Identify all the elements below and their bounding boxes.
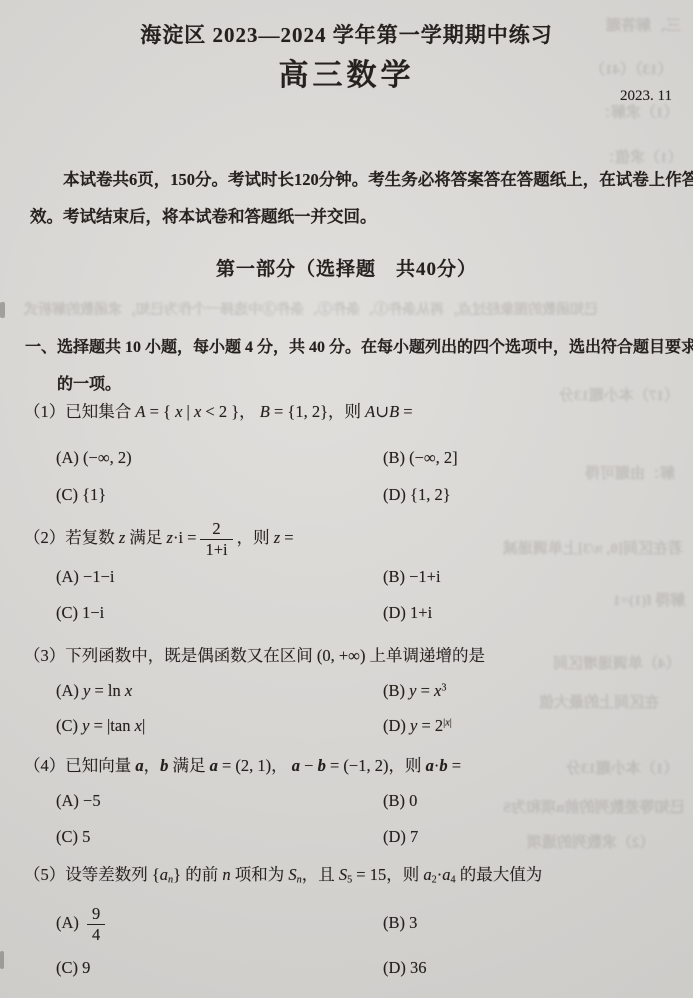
question-4-option-b: (B) 0 <box>383 790 417 812</box>
exam-notice-line-1: 本试卷共6页，150分。考试时长120分钟。考生务必将答案答在答题纸上，在试卷上… <box>30 169 693 191</box>
text-segment: | <box>450 717 452 728</box>
text-segment: b <box>439 756 447 775</box>
text-segment: ∪ <box>375 402 389 421</box>
bleedthrough-text: 解得 f(1)=1 <box>613 589 685 610</box>
question-1-option-c: (C) {1} <box>56 484 106 506</box>
text-segment: a <box>292 756 300 775</box>
text-segment: 满足 <box>125 528 166 547</box>
question-5-option-c: (C) 9 <box>56 957 90 979</box>
text-segment: (C) <box>56 716 82 735</box>
text-segment: (A) −1−i <box>56 567 114 586</box>
exam-title: 海淀区 2023—2024 学年第一学期期中练习 <box>0 21 693 49</box>
text-segment: （1）已知集合 <box>24 402 135 421</box>
multiple-choice-instructions-line-1: 一、选择题共 10 小题，每小题 4 分，共 40 分。在每小题列出的四个选项中… <box>25 337 693 359</box>
question-1-stem: （1）已知集合 A = { x | x < 2 }， B = {1, 2}，则 … <box>24 401 413 423</box>
bleedthrough-text: 在区间上的最大值 <box>539 691 659 712</box>
text-segment: (B) (−∞, 2] <box>383 448 458 467</box>
text-segment: (A) −5 <box>56 791 101 810</box>
question-3-option-c: (C) y = |tan x| <box>56 715 145 737</box>
question-4-stem: （4）已知向量 a，b 满足 a = (2, 1)， a − b = (−1, … <box>24 755 461 777</box>
text-segment: （3）下列函数中，既是偶函数又在区间 (0, +∞) 上单调递增的是 <box>24 646 485 665</box>
text-segment: − <box>300 756 318 775</box>
question-5-stem: （5）设等差数列 {an} 的前 n 项和为 Sn，且 S5 = 15，则 a2… <box>24 864 542 887</box>
question-2-stem: （2）若复数 z 满足 z·i =21+i，则 z = <box>24 510 294 566</box>
text-segment: ·i = <box>173 528 197 547</box>
text-segment: (C) 9 <box>56 958 90 977</box>
question-3-option-b: (B) y = x3 <box>383 680 446 702</box>
text-segment: S <box>288 865 296 884</box>
subject-title: 高三数学 <box>0 56 693 97</box>
text-segment: x <box>125 681 132 700</box>
fraction: 94 <box>87 905 105 944</box>
text-segment: (A) <box>56 913 83 932</box>
text-segment: = { <box>145 402 175 421</box>
question-1-option-a: (A) (−∞, 2) <box>56 447 132 469</box>
text-segment: x <box>135 716 142 735</box>
fraction-numerator: 2 <box>200 520 232 540</box>
scan-smudge <box>0 302 5 318</box>
question-1-option-d: (D) {1, 2} <box>383 484 451 506</box>
text-segment: B <box>389 402 399 421</box>
text-segment: (D) {1, 2} <box>383 485 451 504</box>
bleedthrough-text: 若在区间[0, π/3]上单调递减 <box>503 537 683 558</box>
text-segment: (C) {1} <box>56 485 106 504</box>
fraction-numerator: 9 <box>87 905 105 925</box>
text-segment: B <box>260 402 270 421</box>
text-segment: (A) <box>56 681 83 700</box>
text-segment: (B) −1+i <box>383 567 441 586</box>
text-segment: (B) 3 <box>383 913 417 932</box>
text-segment: （2）若复数 <box>24 528 119 547</box>
bleedthrough-text: （1）本小题13分 <box>566 757 679 778</box>
text-segment: ，且 <box>302 865 339 884</box>
text-segment: a <box>160 865 168 884</box>
text-segment: (D) 7 <box>383 827 418 846</box>
text-segment: (D) <box>383 716 410 735</box>
text-segment: a <box>135 756 143 775</box>
question-5-option-d: (D) 36 <box>383 957 427 979</box>
text-segment: b <box>318 756 326 775</box>
text-segment: (A) (−∞, 2) <box>56 448 132 467</box>
text-segment: （5）设等差数列 { <box>24 865 160 884</box>
question-2-option-b: (B) −1+i <box>383 566 441 588</box>
fraction: 21+i <box>200 520 232 559</box>
fraction-denominator: 1+i <box>200 540 232 559</box>
text-segment: (D) 1+i <box>383 603 432 622</box>
text-segment: } 的前 <box>173 865 222 884</box>
bleedthrough-text: （1）求值： <box>600 146 683 167</box>
text-segment: | <box>182 402 194 421</box>
text-segment: A <box>365 402 375 421</box>
text-segment: a <box>423 865 431 884</box>
question-3-option-a: (A) y = ln x <box>56 680 132 702</box>
bleedthrough-text: （2）求数列的通项 <box>527 831 655 852</box>
exam-date: 2023. 11 <box>620 86 672 106</box>
question-4-option-c: (C) 5 <box>56 826 90 848</box>
text-segment: < 2 }， <box>201 402 259 421</box>
bleedthrough-text: （17）本小题13分 <box>559 384 679 405</box>
text-segment: = <box>280 528 293 547</box>
bleedthrough-text: 已知等差数列的前n项和为S <box>503 796 685 817</box>
scanned-exam-page: 三、解答题 （13）（41） （1）求解： （1）求值： 已知函数的图象经过点，… <box>0 0 693 998</box>
text-segment: ， <box>144 756 161 775</box>
question-3-option-d: (D) y = 2|x| <box>383 715 452 737</box>
bleedthrough-text: 已知函数的图象经过点，再从条件①、条件②、条件③中选择一个作为已知，求函数的解析… <box>24 299 598 319</box>
text-segment: ，则 <box>237 528 274 547</box>
text-segment: = <box>448 756 461 775</box>
bleedthrough-text: 解：由题可得 <box>585 462 675 483</box>
exam-notice-line-2: 效。考试结束后，将本试卷和答题纸一并交回。 <box>30 206 377 228</box>
text-segment: 项和为 <box>231 865 289 884</box>
text-segment: = {1, 2}，则 <box>270 402 365 421</box>
question-1-option-b: (B) (−∞, 2] <box>383 447 458 469</box>
text-segment: 的最大值为 <box>456 865 543 884</box>
text-segment: (B) <box>383 681 409 700</box>
text-segment: = ln <box>90 681 125 700</box>
text-segment: n <box>222 865 230 884</box>
question-4-option-d: (D) 7 <box>383 826 418 848</box>
text-segment: a <box>210 756 218 775</box>
text-segment: 满足 <box>168 756 209 775</box>
text-segment: a <box>426 756 434 775</box>
text-segment: = <box>399 402 412 421</box>
text-segment: (D) 36 <box>383 958 427 977</box>
question-2-option-d: (D) 1+i <box>383 602 432 624</box>
fraction-denominator: 4 <box>87 925 105 944</box>
text-segment: (B) 0 <box>383 791 417 810</box>
text-segment: S <box>339 865 347 884</box>
question-2-option-c: (C) 1−i <box>56 602 104 624</box>
question-4-option-a: (A) −5 <box>56 790 101 812</box>
text-segment: A <box>135 402 145 421</box>
bleedthrough-text: （4）单调递增区间 <box>553 652 681 673</box>
text-segment: = |tan <box>89 716 134 735</box>
question-2-option-a: (A) −1−i <box>56 566 114 588</box>
text-segment: = 15，则 <box>352 865 423 884</box>
text-segment: 3 <box>441 682 446 693</box>
text-segment: | <box>142 716 145 735</box>
text-segment: (C) 1−i <box>56 603 104 622</box>
question-5-option-b: (B) 3 <box>383 912 417 934</box>
text-segment: = <box>416 681 434 700</box>
text-segment: = 2 <box>417 716 443 735</box>
question-3-stem: （3）下列函数中，既是偶函数又在区间 (0, +∞) 上单调递增的是 <box>24 645 485 667</box>
section-1-heading: 第一部分（选择题 共40分） <box>0 257 693 283</box>
multiple-choice-instructions-line-2: 的一项。 <box>57 374 121 396</box>
text-segment: = (−1, 2)，则 <box>326 756 426 775</box>
text-segment: (C) 5 <box>56 827 90 846</box>
scan-smudge <box>0 951 4 969</box>
question-5-option-a: (A) 94 <box>56 895 109 951</box>
text-segment: = (2, 1)， <box>218 756 292 775</box>
text-segment: （4）已知向量 <box>24 756 135 775</box>
